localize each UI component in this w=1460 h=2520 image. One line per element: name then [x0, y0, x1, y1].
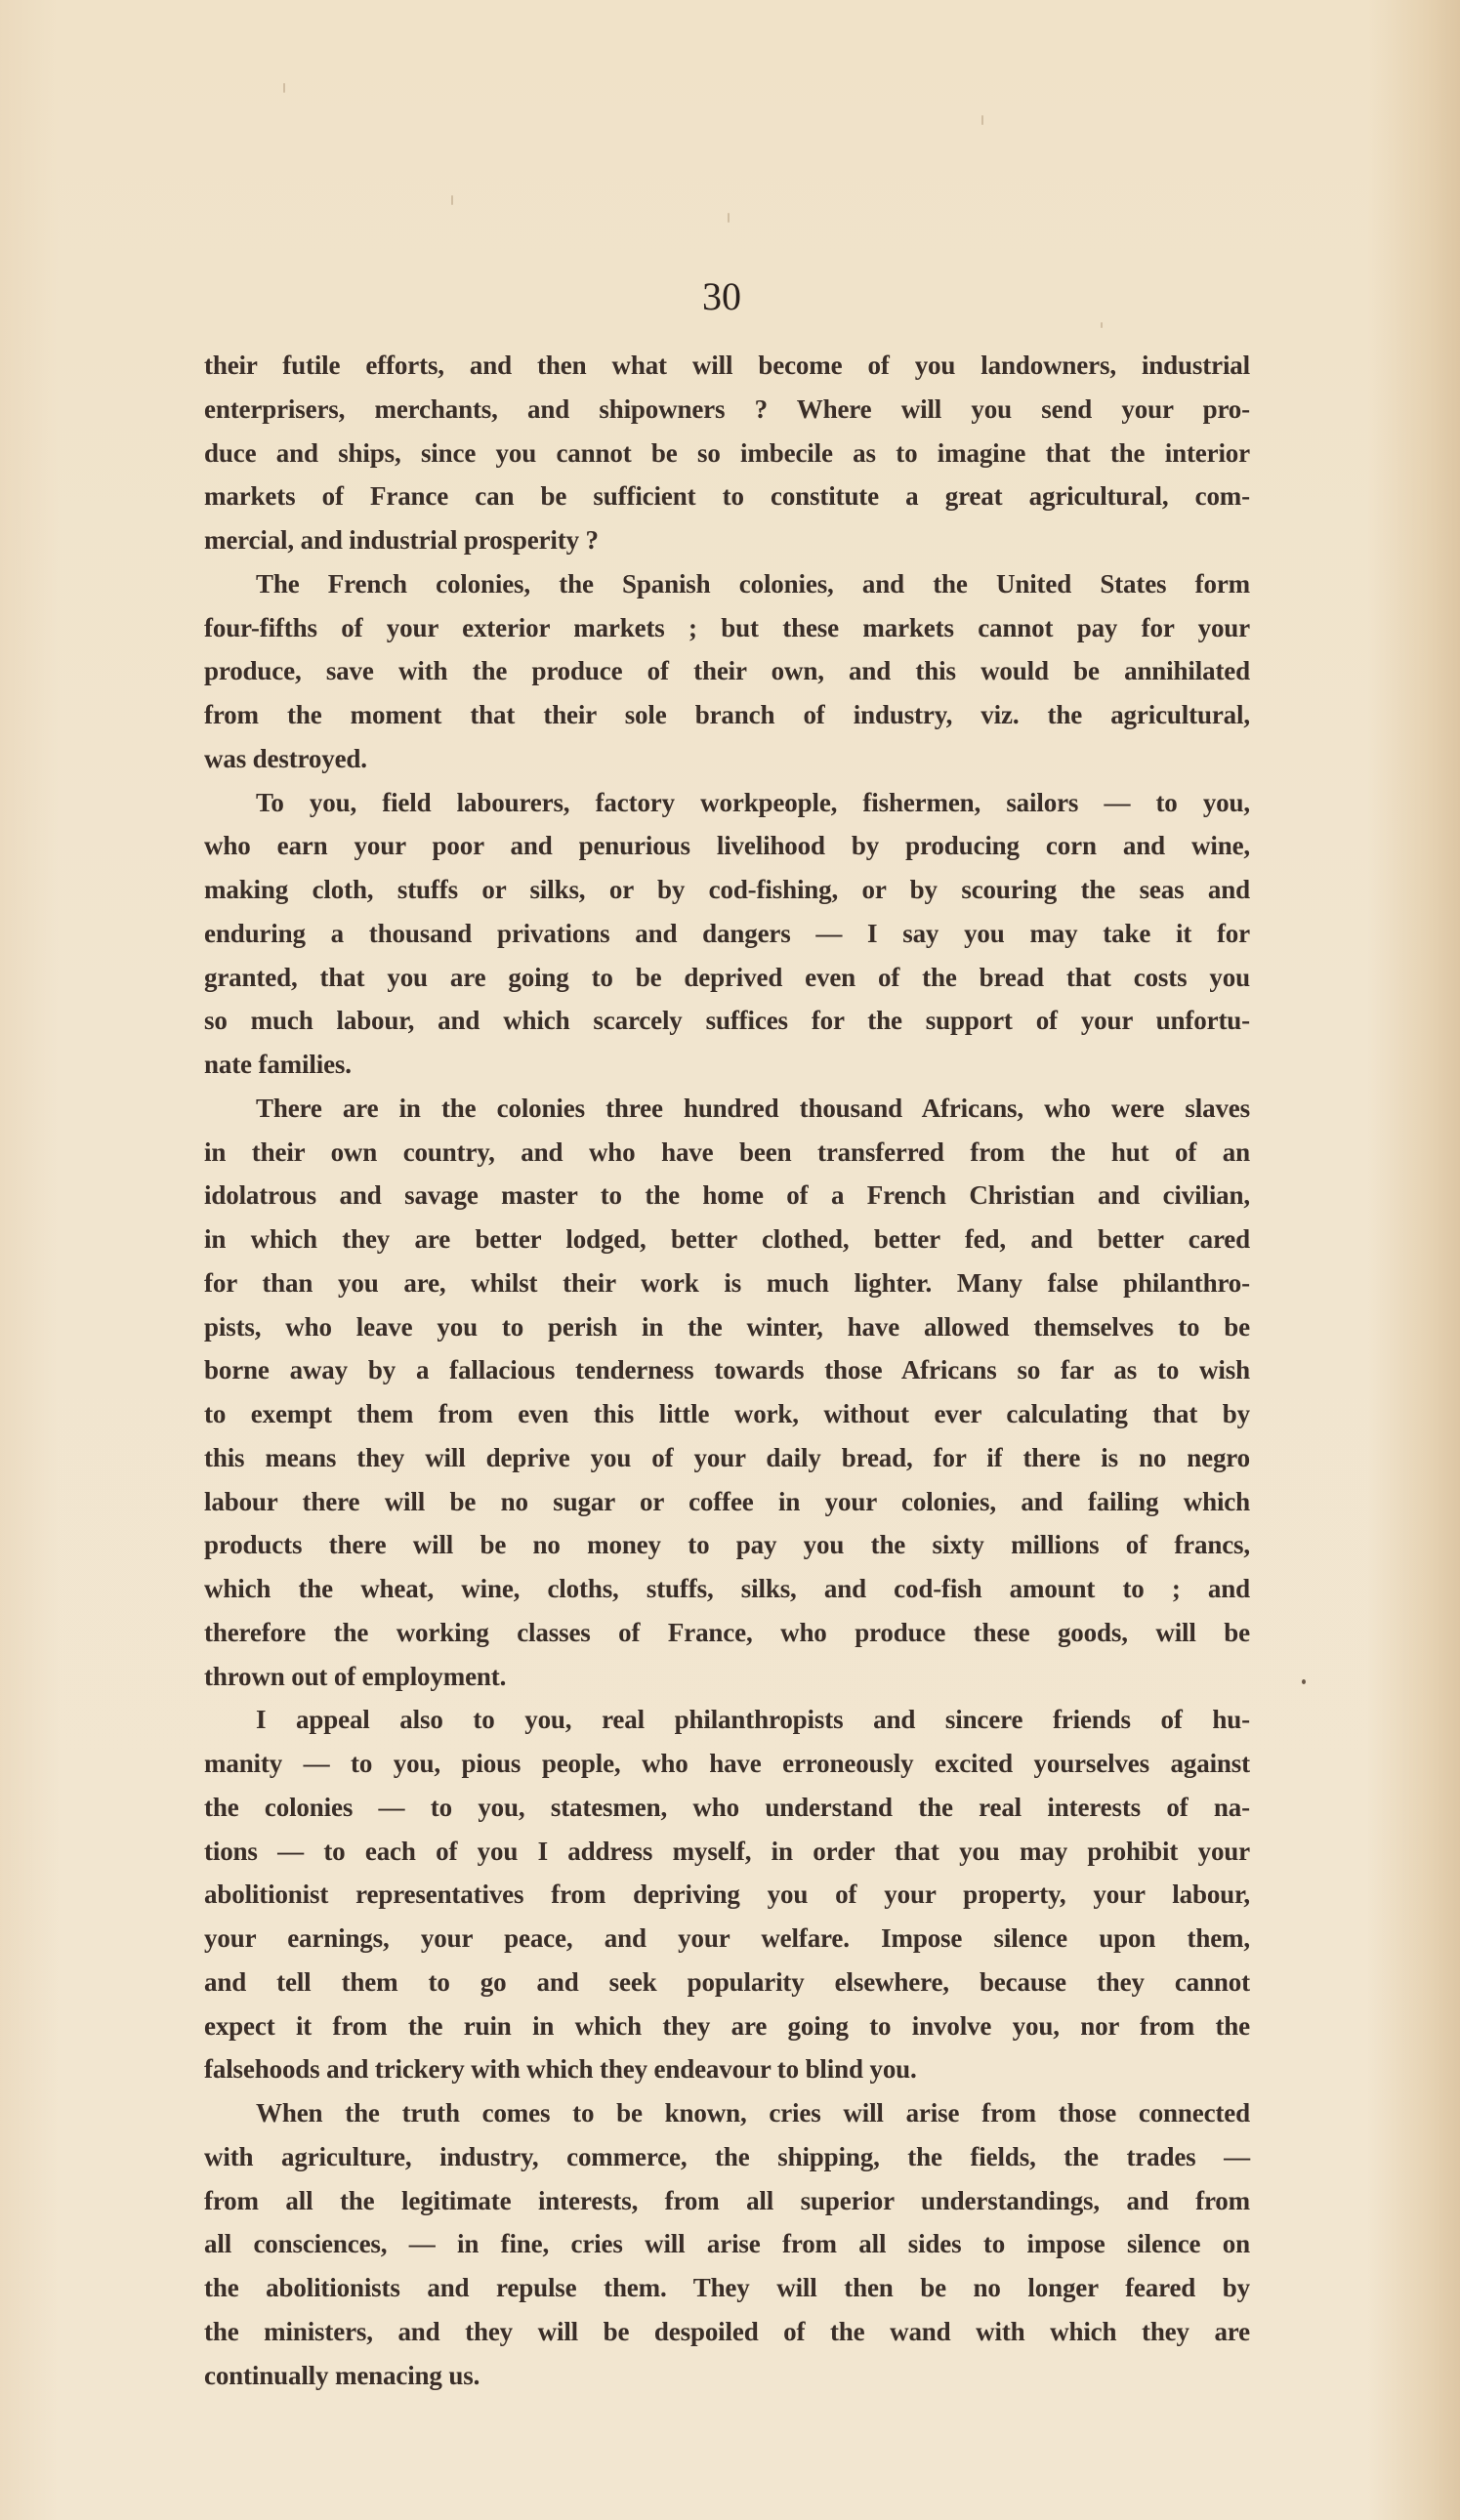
text-line: nate families.: [204, 1043, 1250, 1087]
text-line: all consciences, — in fine, cries will a…: [204, 2222, 1250, 2266]
paragraph: their futile efforts, and then what will…: [204, 344, 1250, 562]
text-line: their futile efforts, and then what will…: [204, 344, 1250, 388]
text-line: with agriculture, industry, commerce, th…: [204, 2135, 1250, 2179]
ink-speck: [1302, 1679, 1306, 1684]
text-line: expect it from the ruin in which they ar…: [204, 2004, 1250, 2048]
text-line: labour there will be no sugar or coffee …: [204, 1480, 1250, 1524]
paper-blemish: [283, 83, 285, 93]
text-line: There are in the colonies three hundred …: [204, 1087, 1250, 1131]
text-line: making cloth, stuffs or silks, or by cod…: [204, 868, 1250, 912]
text-line: The French colonies, the Spanish colonie…: [204, 562, 1250, 606]
text-line: was destroyed.: [204, 737, 1250, 781]
text-line: so much labour, and which scarcely suffi…: [204, 999, 1250, 1043]
text-line: the ministers, and they will be despoile…: [204, 2310, 1250, 2354]
text-line: products there will be no money to pay y…: [204, 1523, 1250, 1567]
paper-blemish: [1101, 322, 1103, 328]
text-line: for than you are, whilst their work is m…: [204, 1261, 1250, 1305]
text-line: mercial, and industrial prosperity ?: [204, 518, 1250, 562]
text-line: four-fifths of your exterior markets ; b…: [204, 606, 1250, 650]
paragraph: When the truth comes to be known, cries …: [204, 2091, 1250, 2397]
text-line: duce and ships, since you cannot be so i…: [204, 432, 1250, 475]
body-text: their futile efforts, and then what will…: [204, 344, 1250, 2397]
text-line: abolitionist representatives from depriv…: [204, 1873, 1250, 1917]
text-line: tions — to each of you I address myself,…: [204, 1830, 1250, 1874]
text-line: borne away by a fallacious tenderness to…: [204, 1348, 1250, 1392]
paper-blemish: [451, 195, 453, 205]
text-line: this means they will deprive you of your…: [204, 1436, 1250, 1480]
text-line: which the wheat, wine, cloths, stuffs, s…: [204, 1567, 1250, 1611]
paragraph: There are in the colonies three hundred …: [204, 1087, 1250, 1699]
paper-blemish: [728, 213, 730, 223]
text-line: your earnings, your peace, and your welf…: [204, 1917, 1250, 1961]
paper-blemish: [981, 115, 983, 125]
text-line: in which they are better lodged, better …: [204, 1218, 1250, 1261]
text-line: To you, field labourers, factory workpeo…: [204, 781, 1250, 825]
text-line: to exempt them from even this little wor…: [204, 1392, 1250, 1436]
text-line: from all the legitimate interests, from …: [204, 2179, 1250, 2223]
paragraph: I appeal also to you, real philanthropis…: [204, 1698, 1250, 2091]
page-number: 30: [0, 277, 1443, 316]
text-line: the colonies — to you, statesmen, who un…: [204, 1786, 1250, 1830]
text-line: manity — to you, pious people, who have …: [204, 1742, 1250, 1786]
text-line: falsehoods and trickery with which they …: [204, 2047, 1250, 2091]
paragraph: The French colonies, the Spanish colonie…: [204, 562, 1250, 781]
text-line: enduring a thousand privations and dange…: [204, 912, 1250, 956]
text-line: continually menacing us.: [204, 2354, 1250, 2398]
text-line: and tell them to go and seek popularity …: [204, 1961, 1250, 2004]
paragraph: To you, field labourers, factory workpeo…: [204, 781, 1250, 1087]
text-line: thrown out of employment.: [204, 1655, 1250, 1699]
text-line: When the truth comes to be known, cries …: [204, 2091, 1250, 2135]
text-line: the abolitionists and repulse them. They…: [204, 2266, 1250, 2310]
text-line: in their own country, and who have been …: [204, 1131, 1250, 1175]
text-line: who earn your poor and penurious livelih…: [204, 824, 1250, 868]
text-line: granted, that you are going to be depriv…: [204, 956, 1250, 1000]
text-line: I appeal also to you, real philanthropis…: [204, 1698, 1250, 1742]
text-line: therefore the working classes of France,…: [204, 1611, 1250, 1655]
text-line: from the moment that their sole branch o…: [204, 693, 1250, 737]
text-line: produce, save with the produce of their …: [204, 649, 1250, 693]
text-line: markets of France can be sufficient to c…: [204, 475, 1250, 518]
text-line: idolatrous and savage master to the home…: [204, 1174, 1250, 1218]
text-line: enterprisers, merchants, and shipowners …: [204, 388, 1250, 432]
text-line: pists, who leave you to perish in the wi…: [204, 1305, 1250, 1349]
